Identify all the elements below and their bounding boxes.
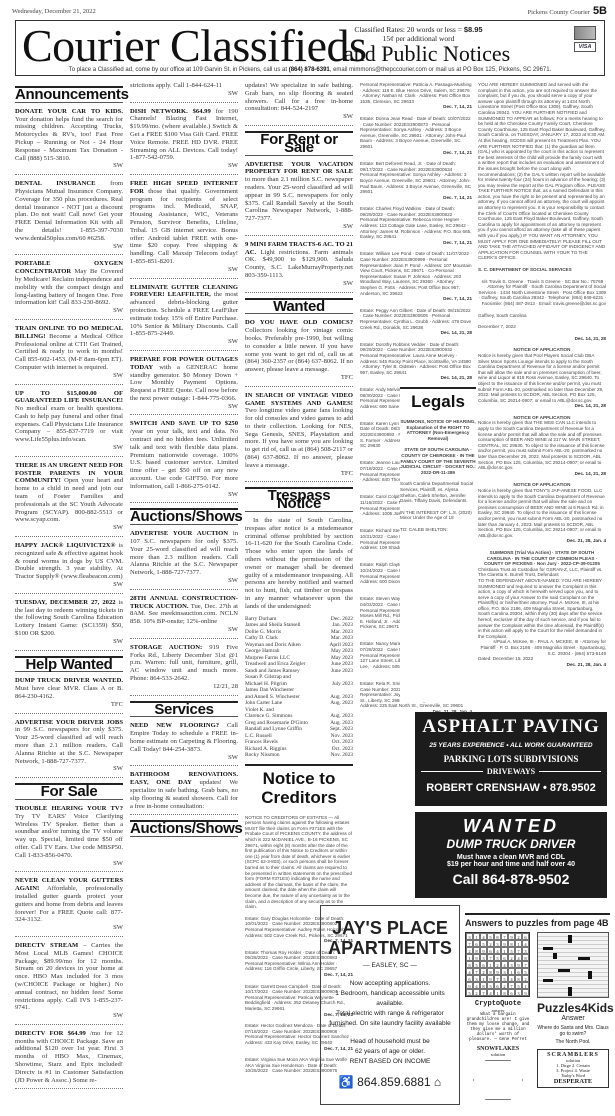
classified-ad: Advertise your vacation property for ren… bbox=[245, 161, 353, 236]
section-trespass: Trespass Notice bbox=[245, 487, 353, 512]
paper-name: Pickens County Courier5B bbox=[527, 5, 607, 17]
section-notice-to-creditors: Notice to Creditors bbox=[245, 764, 353, 810]
dump-truck-ad: WANTED DUMP TRUCK DRIVER Must have a cle… bbox=[415, 812, 607, 898]
classified-ad: There is an urgent need for foster paren… bbox=[15, 462, 123, 537]
equal-housing-icon: ⌂ bbox=[434, 1075, 441, 1089]
classified-ad: Advertise your auction in 107 S.C. newsp… bbox=[130, 530, 238, 590]
classified-ad: In search of vintage video game systems … bbox=[245, 392, 353, 483]
estate-notice: Estate: Dorothy Robbins Vedder · Date of… bbox=[360, 342, 472, 381]
asphalt-paving-ad: ASPHALT PAVING 25 YEARS EXPERIENCE • ALL… bbox=[415, 712, 607, 806]
issue-date: Wednesday, December 21, 2022 bbox=[12, 8, 96, 15]
trespass-list: Barry DurhamDec. 2022James and Sheila St… bbox=[245, 616, 353, 759]
classified-ad: Do you have old comics? Collectors looki… bbox=[245, 319, 353, 386]
notice-of-application: NOTICE OF APPLICATIONNotice is hereby gi… bbox=[478, 482, 606, 544]
puzzle-answers-title: Answers to puzzles from page 4B bbox=[465, 913, 610, 928]
classified-ad: Train online to do medical billing! Beco… bbox=[15, 325, 123, 385]
section-auctions-2: Auctions/Shows bbox=[130, 820, 238, 837]
classified-ad: 9 Mini Farm Tracts-6 Ac. to 21 Ac. Light… bbox=[245, 241, 353, 293]
puzzle-answers: Answers to puzzles from page 4B 31458792… bbox=[465, 913, 610, 1113]
section-announcements: Announcements bbox=[15, 86, 123, 103]
page-header: Wednesday, December 21, 2022 Pickens Cou… bbox=[12, 4, 607, 18]
section-auctions: Auctions/Shows bbox=[130, 508, 238, 525]
handicap-icon: ♿ bbox=[339, 1075, 354, 1089]
creditors-body: NOTICE TO CREDITORS OF ESTATES — All per… bbox=[245, 815, 353, 910]
legals-section: Legals SUMMONS, NOTICE OF HEARING, Expla… bbox=[400, 382, 476, 702]
column-1: Announcements Donate your car to kids. Y… bbox=[15, 82, 123, 1094]
trespass-entry: Rocky NissmonNov. 2023 bbox=[245, 752, 353, 759]
classified-ad: Up to $15,000.00 of guaranteed life insu… bbox=[15, 390, 123, 457]
classified-ad: Dump Truck Driver Wanted. Must have clea… bbox=[15, 677, 123, 713]
legal-body: YOU ARE HEREBY SUMMONED and served with … bbox=[478, 82, 606, 261]
classified-ad: Dish Network. $64.99 for 190 Channels! B… bbox=[130, 108, 238, 175]
notice-of-application: NOTICE OF APPLICATIONNotice is hereby gi… bbox=[478, 415, 606, 477]
section-help-wanted: Help Wanted bbox=[15, 656, 123, 673]
classified-ad: Storage Auction: 919 Five Forks Rd., Lib… bbox=[130, 644, 238, 696]
crossword-grid bbox=[537, 932, 609, 998]
visa-icon: VISA bbox=[574, 42, 596, 52]
classified-ad: Portable Oxygen Concentrator May Be Cove… bbox=[15, 260, 123, 320]
estate-notice: Estate: Donna Jean Read · Date of Death:… bbox=[360, 116, 472, 155]
section-wanted: Wanted bbox=[245, 298, 353, 315]
classified-ad: Tuesday, December 27, 2022 is the last d… bbox=[15, 599, 123, 651]
section-for-rent: For Rent or Sale bbox=[245, 131, 353, 156]
summons-trial: SUMMONS (Trial Via Action) · STATE OF SO… bbox=[478, 550, 606, 667]
trespass-body: In the state of South Carolina, trespass… bbox=[245, 517, 353, 611]
classified-ad: Prepare for power outages today with a G… bbox=[130, 356, 238, 416]
sudoku-grid: 3145879267652398142896415731937562488561… bbox=[465, 932, 530, 997]
mastercard-icon bbox=[574, 26, 596, 40]
classified-ad: Happy Jack® Liquivict2X® is recognized s… bbox=[15, 542, 123, 594]
masthead: Courier Classifieds Classified Rates: 20… bbox=[15, 20, 605, 76]
classified-ad: Free high speed internet for those that … bbox=[130, 180, 238, 279]
estate-notice: Estate: Charles Floyd Watkins · Date of … bbox=[360, 206, 472, 245]
jays-phone: 864.859.6881 bbox=[357, 1075, 430, 1089]
classified-ad: DirecTV for $64.99 /mo for 12 months wit… bbox=[15, 1030, 123, 1090]
contact-info: To place a Classified ad, come by our of… bbox=[16, 67, 604, 73]
notice-of-application: NOTICE OF APPLICATIONNotice is hereby gi… bbox=[478, 347, 606, 409]
classified-ad: strictions apply. Call 1-844-624-11SW bbox=[130, 82, 238, 103]
section-services: Services bbox=[130, 701, 238, 718]
classified-ad: DirecTV Stream – Carries the Most Local … bbox=[15, 942, 123, 1025]
classified-ad: Bathroom renovations. Easy, one day upda… bbox=[130, 771, 238, 815]
legal-signature: s/s Travis S. Greene · Travis S Greene ·… bbox=[478, 279, 606, 307]
masthead-subtitle: and Public Notices bbox=[344, 41, 510, 67]
classified-ad: Trouble hearing your TV? Try TV EARS' Vo… bbox=[15, 805, 123, 872]
column-2: strictions apply. Call 1-844-624-11SWDis… bbox=[130, 82, 238, 842]
estate-notice: Estate: Bert Deforest Read, Jr. · Date o… bbox=[360, 161, 472, 200]
classified-ad: 28th Annual Construction-Truck Auction. … bbox=[130, 595, 238, 639]
dump-truck-phone: Call 864-878-9502 bbox=[415, 871, 607, 887]
classified-ad: Eliminate gutter cleaning forever! LeafF… bbox=[130, 284, 238, 351]
payment-cards: VISA bbox=[574, 26, 596, 52]
classified-ad: Donate your car to kids. Your donation h… bbox=[15, 108, 123, 175]
section-legals: Legals bbox=[400, 387, 476, 414]
estate-notice: Personal Representative: Patricia A. Pas… bbox=[360, 82, 472, 110]
classified-ad: Never clean your gutters again! Affordab… bbox=[15, 877, 123, 937]
classified-ad: Need new flooring? Call Empire Today to … bbox=[130, 722, 238, 766]
scramblers-box: SCRAMBLERS solution 1. Dirge 2. Certain … bbox=[537, 1049, 609, 1088]
estate-notice: Estate: Peggy Ann Gilbert · Date of Deat… bbox=[360, 308, 472, 336]
page-number: 5B bbox=[593, 5, 607, 17]
classified-ad: updates! We specialize in safe bathing. … bbox=[245, 82, 353, 126]
classified-ad: Dental Insurance from Physicians Mutual … bbox=[15, 180, 123, 255]
section-for-sale: For Sale bbox=[15, 783, 123, 800]
column-5: Estate: Jerry Cooper Long · Date of Deat… bbox=[478, 82, 606, 702]
snowflakes-puzzle bbox=[473, 1060, 523, 1100]
classified-ad: Advertise your driver jobs in 99 S.C. ne… bbox=[15, 719, 123, 779]
asphalt-contact: ROBERT CRENSHAW • 878.9502 bbox=[415, 782, 607, 794]
masthead-title: Courier Classifieds bbox=[22, 21, 366, 71]
estate-notice: Estate: William Lee Pond · Date of Death… bbox=[360, 251, 472, 301]
classified-ad: Switch and save up to $250 /year on your… bbox=[130, 420, 238, 503]
jays-place-ad: JAY'S PLACE APARTMENTS — EASLEY, SC — No… bbox=[320, 905, 460, 1105]
